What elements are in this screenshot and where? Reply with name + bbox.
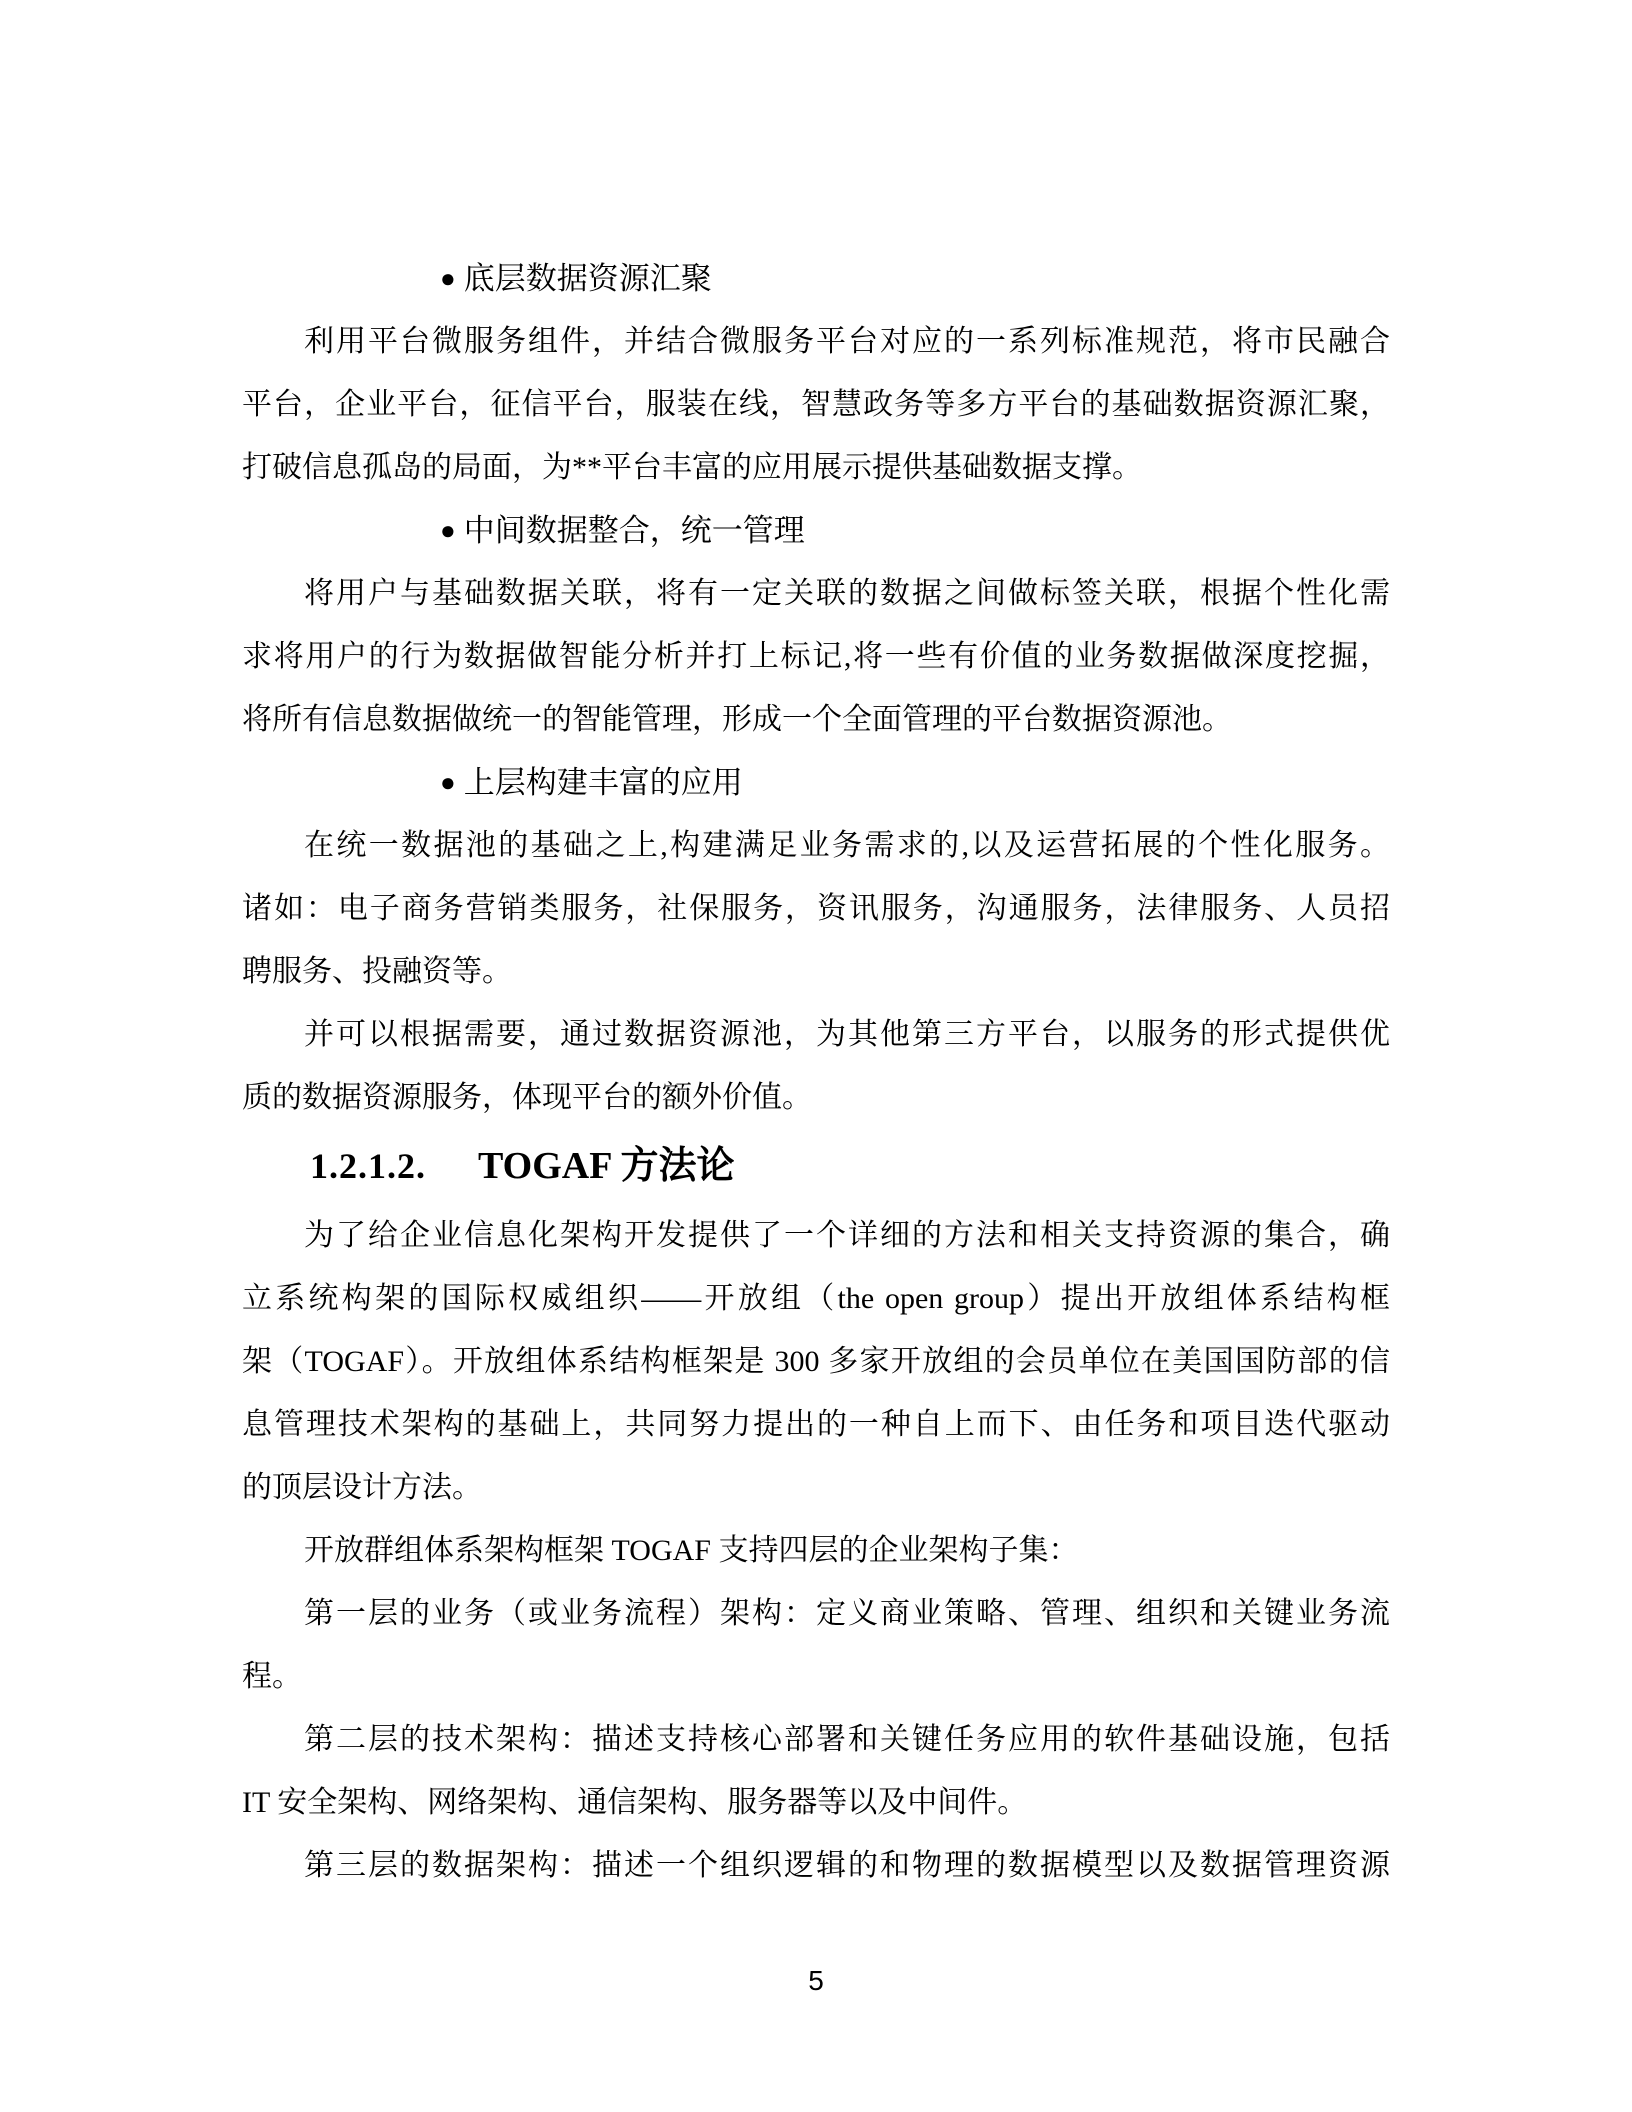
text-line: 第二层的技术架构：描述支持核心部署和关键任务应用的软件基础设施，包括 (242, 1708, 1390, 1771)
bullet-item: ●上层构建丰富的应用 (242, 751, 1390, 814)
heading-title: TOGAF 方法论 (478, 1145, 735, 1187)
paragraph: 第三层的数据架构：描述一个组织逻辑的和物理的数据模型以及数据管理资源 (242, 1834, 1390, 1897)
text-line: 并可以根据需要，通过数据资源池，为其他第三方平台，以服务的形式提供优 (242, 1003, 1390, 1066)
bullet-icon: ● (440, 264, 456, 293)
text-line: 第一层的业务（或业务流程）架构：定义商业策略、管理、组织和关键业务流 (242, 1582, 1390, 1645)
text-line: 聘服务、投融资等。 (242, 940, 1390, 1003)
paragraph: 开放群组体系架构框架 TOGAF 支持四层的企业架构子集： (242, 1519, 1390, 1582)
text-line: 将所有信息数据做统一的智能管理，形成一个全面管理的平台数据资源池。 (242, 688, 1390, 751)
paragraph: 在统一数据池的基础之上,构建满足业务需求的,以及运营拓展的个性化服务。诸如：电子… (242, 814, 1390, 1003)
paragraph: 将用户与基础数据关联，将有一定关联的数据之间做标签关联，根据个性化需求将用户的行… (242, 562, 1390, 751)
section-heading: 1.2.1.2.TOGAF 方法论 (242, 1129, 1390, 1204)
text-line: 平台，企业平台，征信平台，服装在线，智慧政务等多方平台的基础数据资源汇聚， (242, 373, 1390, 436)
bullet-label: 上层构建丰富的应用 (464, 765, 743, 800)
text-line: 第三层的数据架构：描述一个组织逻辑的和物理的数据模型以及数据管理资源 (242, 1834, 1390, 1897)
text-line: 立系统构架的国际权威组织——开放组（the open group）提出开放组体系… (242, 1267, 1390, 1330)
paragraph: 利用平台微服务组件，并结合微服务平台对应的一系列标准规范，将市民融合平台，企业平… (242, 310, 1390, 499)
text-line: 打破信息孤岛的局面，为**平台丰富的应用展示提供基础数据支撑。 (242, 436, 1390, 499)
text-line: 质的数据资源服务，体现平台的额外价值。 (242, 1066, 1390, 1129)
paragraph: 第二层的技术架构：描述支持核心部署和关键任务应用的软件基础设施，包括IT 安全架… (242, 1708, 1390, 1834)
bullet-icon: ● (440, 768, 456, 797)
text-line: 将用户与基础数据关联，将有一定关联的数据之间做标签关联，根据个性化需 (242, 562, 1390, 625)
text-line: 利用平台微服务组件，并结合微服务平台对应的一系列标准规范，将市民融合 (242, 310, 1390, 373)
page-number: 5 (808, 1965, 824, 1996)
paragraph: 为了给企业信息化架构开发提供了一个详细的方法和相关支持资源的集合，确立系统构架的… (242, 1204, 1390, 1519)
text-line: 程。 (242, 1645, 1390, 1708)
bullet-label: 中间数据整合，统一管理 (464, 513, 805, 548)
text-line: 诸如：电子商务营销类服务，社保服务，资讯服务，沟通服务，法律服务、人员招 (242, 877, 1390, 940)
bullet-label: 底层数据资源汇聚 (464, 261, 712, 296)
text-line: 为了给企业信息化架构开发提供了一个详细的方法和相关支持资源的集合，确 (242, 1204, 1390, 1267)
bullet-icon: ● (440, 516, 456, 545)
text-line: 息管理技术架构的基础上，共同努力提出的一种自上而下、由任务和项目迭代驱动 (242, 1393, 1390, 1456)
document-body: ●底层数据资源汇聚利用平台微服务组件，并结合微服务平台对应的一系列标准规范，将市… (242, 247, 1390, 1897)
text-line: 架（TOGAF）。开放组体系结构框架是 300 多家开放组的会员单位在美国国防部… (242, 1330, 1390, 1393)
page-footer: 5 (0, 1966, 1632, 1996)
text-line: 在统一数据池的基础之上,构建满足业务需求的,以及运营拓展的个性化服务。 (242, 814, 1390, 877)
text-line: IT 安全架构、网络架构、通信架构、服务器等以及中间件。 (242, 1771, 1390, 1834)
document-page: ●底层数据资源汇聚利用平台微服务组件，并结合微服务平台对应的一系列标准规范，将市… (0, 0, 1632, 2112)
text-line: 求将用户的行为数据做智能分析并打上标记,将一些有价值的业务数据做深度挖掘， (242, 625, 1390, 688)
bullet-item: ●底层数据资源汇聚 (242, 247, 1390, 310)
bullet-item: ●中间数据整合，统一管理 (242, 499, 1390, 562)
paragraph: 并可以根据需要，通过数据资源池，为其他第三方平台，以服务的形式提供优质的数据资源… (242, 1003, 1390, 1129)
heading-number: 1.2.1.2. (310, 1146, 426, 1186)
text-line: 的顶层设计方法。 (242, 1456, 1390, 1519)
paragraph: 第一层的业务（或业务流程）架构：定义商业策略、管理、组织和关键业务流程。 (242, 1582, 1390, 1708)
text-line: 开放群组体系架构框架 TOGAF 支持四层的企业架构子集： (242, 1519, 1390, 1582)
